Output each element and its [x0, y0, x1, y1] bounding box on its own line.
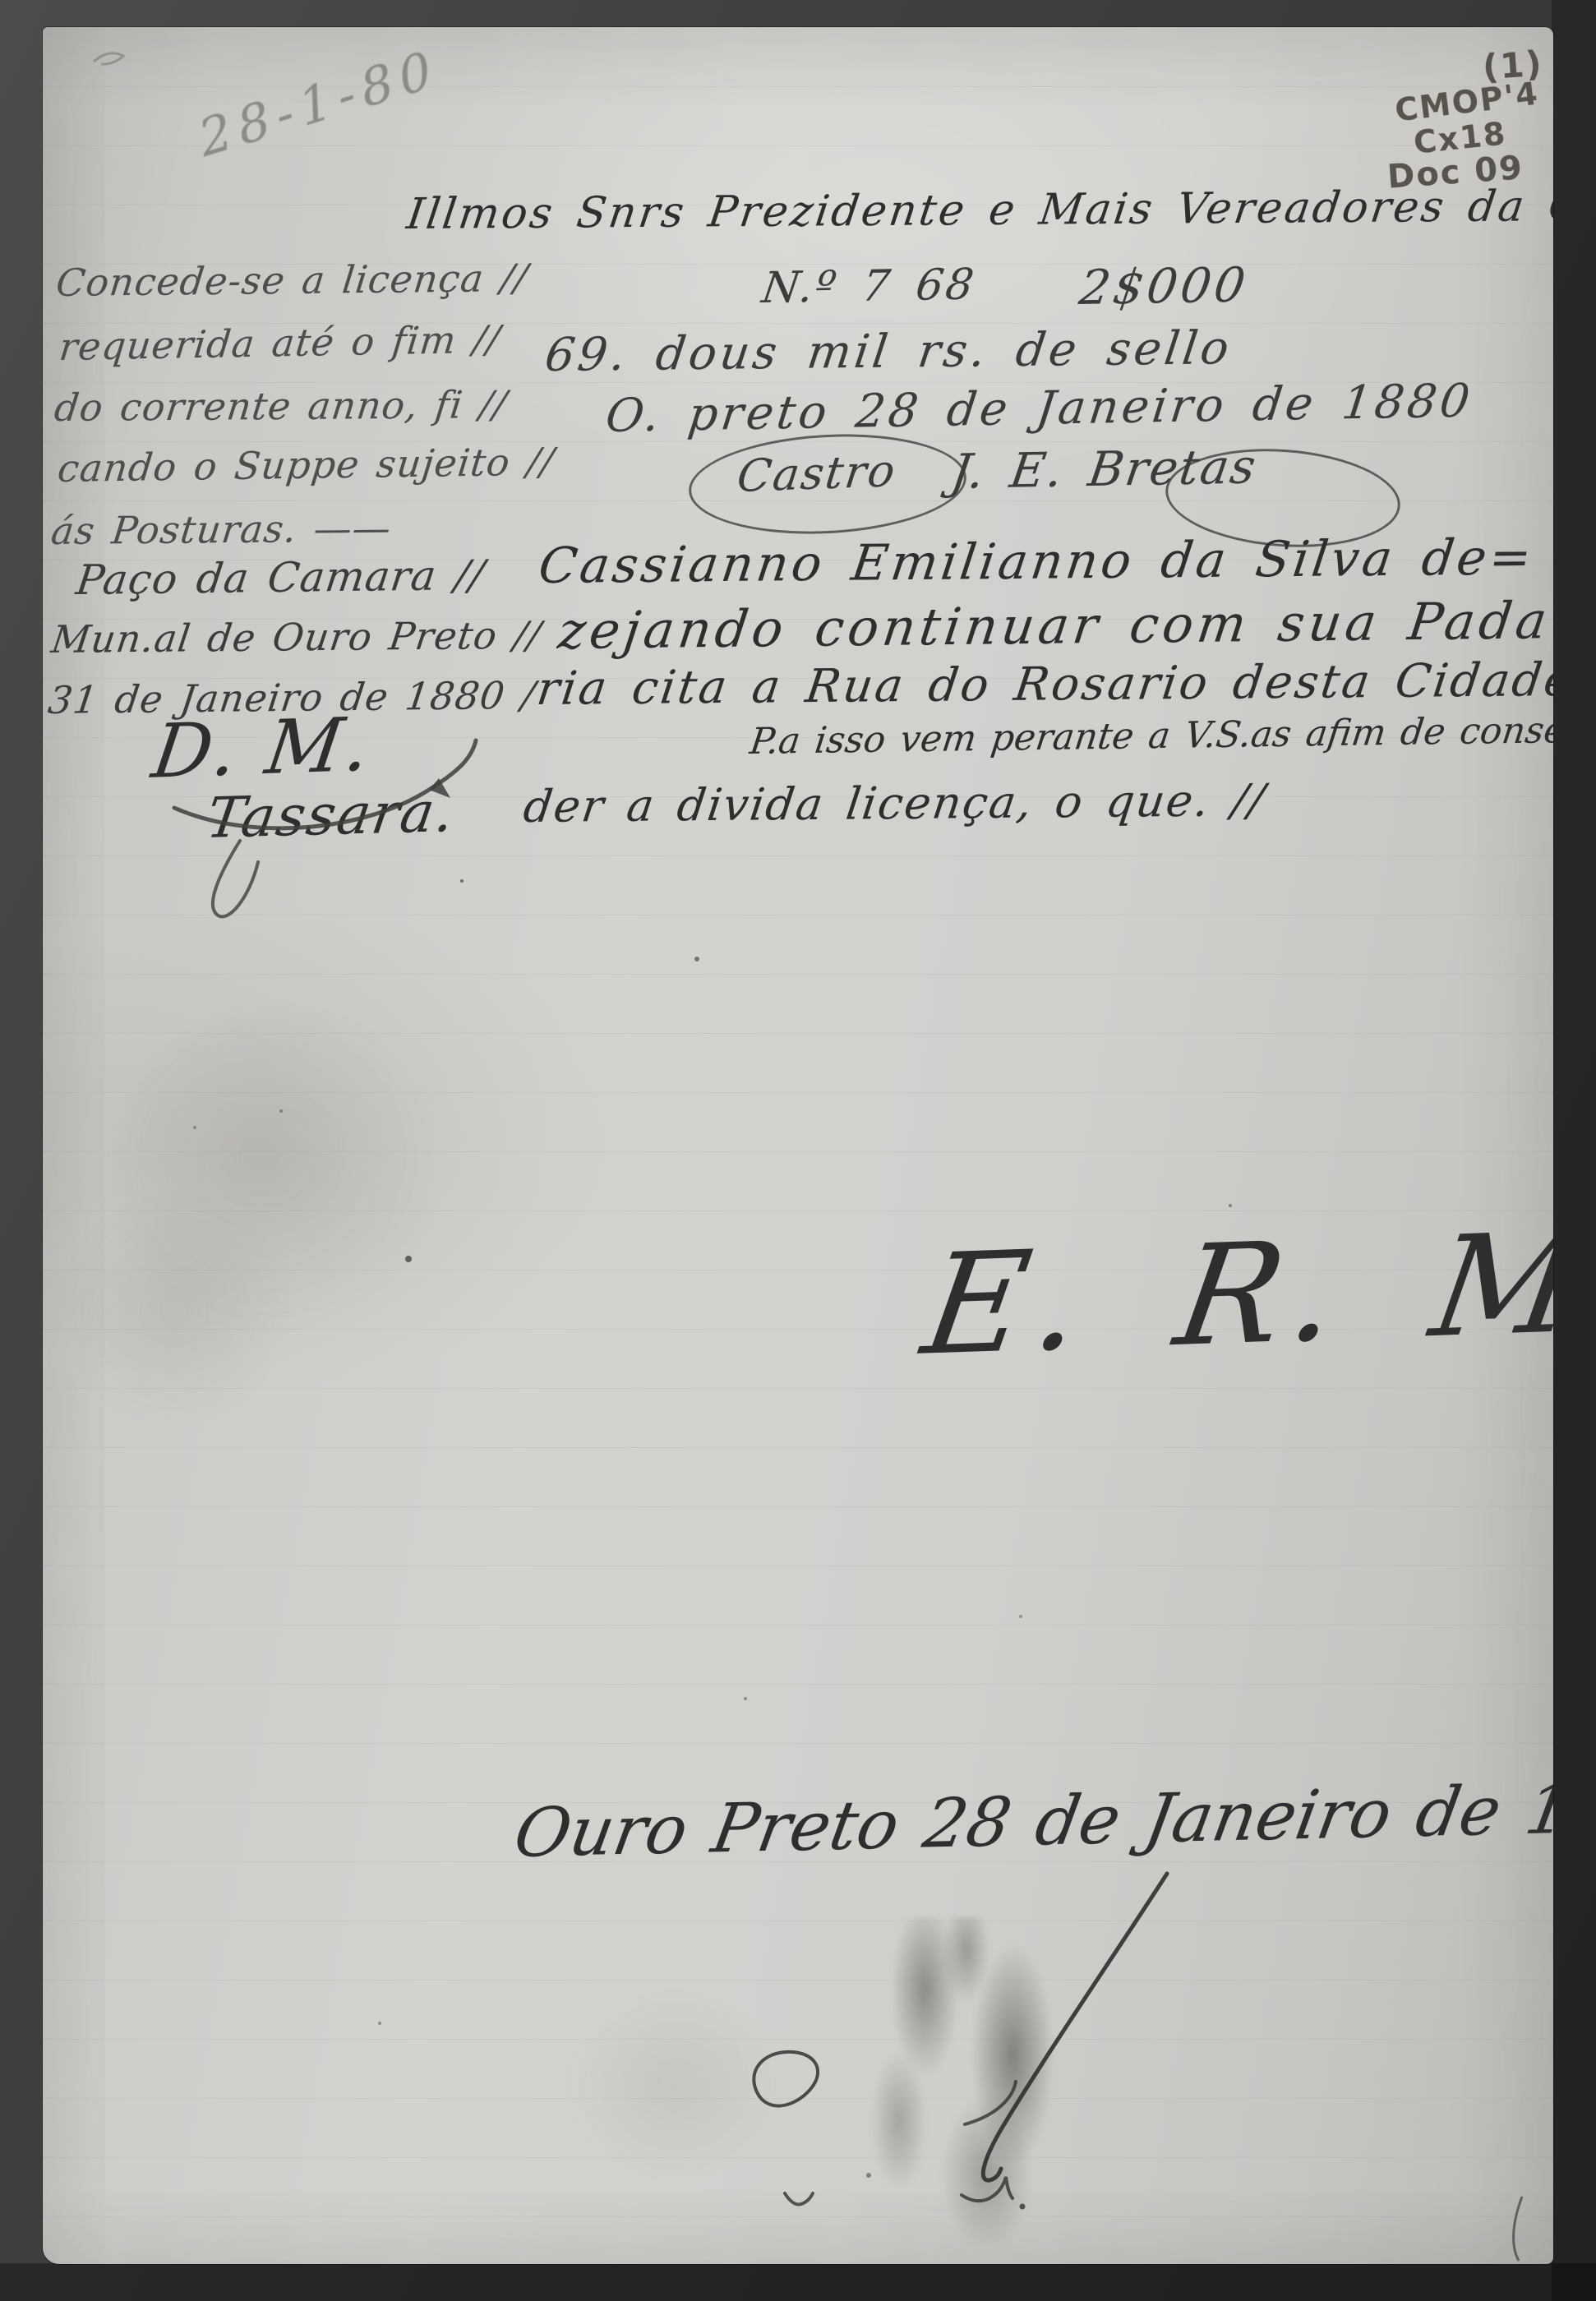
- pencil-date-note: 28-1-80: [195, 43, 444, 165]
- petition-dateline: Ouro Preto 28 de Janeiro de 1880: [510, 1773, 1553, 1868]
- scanner-bed: 28-1-80 (1) CMOP'4 Cx18 Doc 09 Illmos Sn…: [0, 0, 1596, 2301]
- scan-border-bottom: [0, 2263, 1596, 2301]
- paper-stain: [59, 1194, 289, 1424]
- dispatch-place-line: Paço da Camara //: [74, 555, 487, 601]
- ink-smudge: [852, 1917, 1111, 2246]
- petition-line: ria cita a Rua do Rosario desta Cidade: [534, 657, 1553, 712]
- scan-border-right: [1552, 0, 1596, 2301]
- margin-dispatch-line: Concede-se a licença //: [54, 259, 530, 302]
- dispatch-place-line: Mun.al de Ouro Preto //: [49, 616, 544, 658]
- courtesy-formula-erm: E. R. M.: [916, 1211, 1553, 1375]
- document-page: 28-1-80 (1) CMOP'4 Cx18 Doc 09 Illmos Sn…: [43, 27, 1553, 2264]
- margin-dispatch-line: cando o Suppe sujeito //: [56, 442, 556, 487]
- paper-stain: [569, 1991, 782, 2180]
- margin-dispatch-line: ás Posturas. ——: [49, 509, 394, 550]
- salutation-line: Illmos Snrs Prezidente e Mais Vereadores…: [404, 184, 1553, 236]
- dispatch-signature: Tassara.: [203, 785, 459, 847]
- stamp-duty-line: 69. dous mil rs. de sello: [542, 325, 1234, 379]
- petition-line: der a divida licença, o que. //: [521, 778, 1268, 829]
- fee-number-line: N.º 7 68: [759, 263, 979, 310]
- petition-line: zejando continuar com sua Pada=: [556, 595, 1553, 657]
- margin-dispatch-line: requerida até o fim //: [58, 320, 503, 366]
- fee-date-line: O. preto 28 de Janeiro de 1880: [603, 378, 1475, 440]
- fee-amount: 2$000: [1077, 261, 1252, 311]
- petition-line: Cassianno Emilianno da Silva de=: [536, 533, 1538, 591]
- dispatch-initials: D. M.: [148, 708, 377, 790]
- clerk-signature-bretas: J. E. Bretas: [948, 442, 1260, 496]
- margin-dispatch-line: do corrente anno, fi //: [53, 385, 510, 427]
- clerk-signature-castro: Castro: [735, 449, 899, 499]
- ink-specks: [460, 879, 464, 883]
- petition-line: P.a isso vem perante a V.S.as afim de co…: [748, 712, 1553, 760]
